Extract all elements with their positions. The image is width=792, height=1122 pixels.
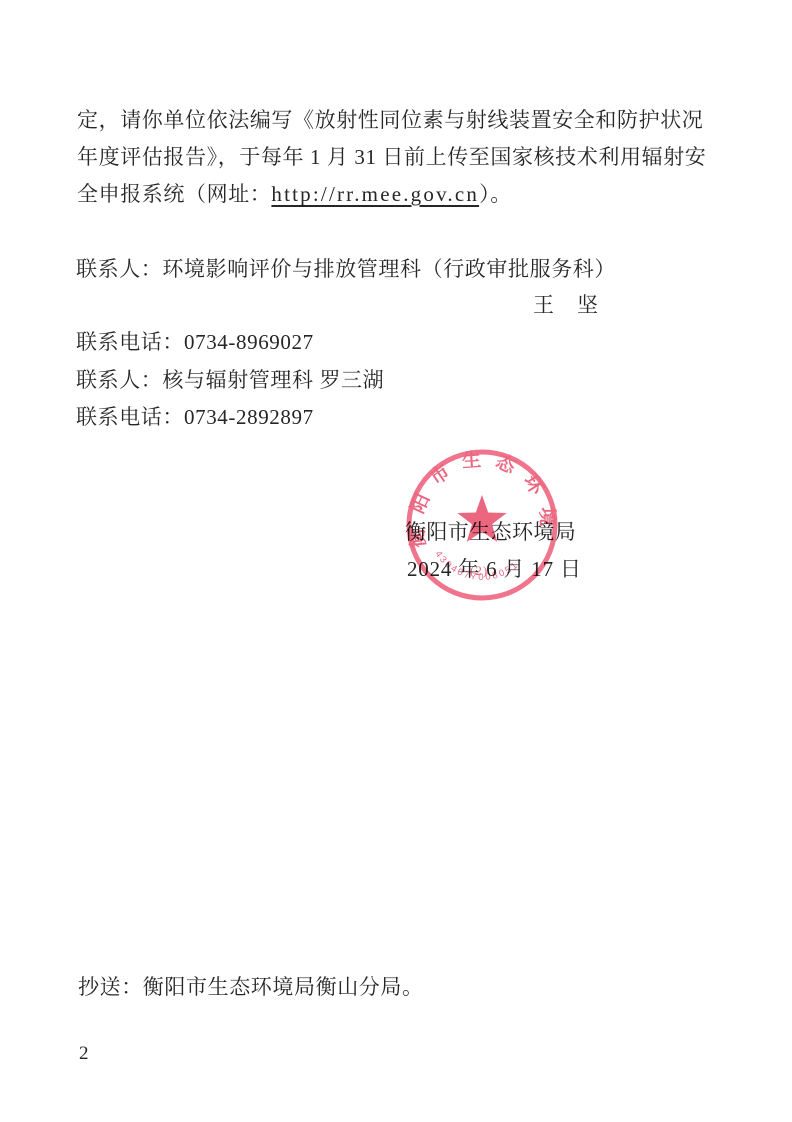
paragraph-line-3: 全申报系统（网址：http://rr.mee.gov.cn）。 xyxy=(77,184,512,205)
paragraph-line-3-suffix: ）。 xyxy=(479,184,512,205)
page-number: 2 xyxy=(79,1044,89,1063)
contact-person-2: 联系人：核与辐射管理科 罗三湖 xyxy=(76,370,384,391)
cc-line: 抄送：衡阳市生态环境局衡山分局。 xyxy=(78,977,424,998)
signature-organization: 衡阳市生态环境局 xyxy=(405,522,576,543)
paragraph-line-2: 年度评估报告》，于每年 1 月 31 日前上传至国家核技术利用辐射安 xyxy=(77,147,706,168)
signer-name: 王 坚 xyxy=(533,295,599,316)
paragraph-line-3-prefix: 全申报系统（网址： xyxy=(77,184,271,205)
document-page: 定，请你单位依法编写《放射性同位素与射线装置安全和防护状况 年度评估报告》，于每… xyxy=(0,0,792,1122)
report-system-url: http://rr.mee.gov.cn xyxy=(271,184,479,205)
contact-phone-1: 联系电话：0734-8969027 xyxy=(76,332,314,353)
contact-person-1: 联系人：环境影响评价与排放管理科（行政审批服务科） xyxy=(76,259,616,280)
signature-date: 2024 年 6 月 17 日 xyxy=(407,559,582,580)
contact-phone-2: 联系电话：0734-2892897 xyxy=(76,407,314,428)
paragraph-line-1: 定，请你单位依法编写《放射性同位素与射线装置安全和防护状况 xyxy=(77,110,703,131)
